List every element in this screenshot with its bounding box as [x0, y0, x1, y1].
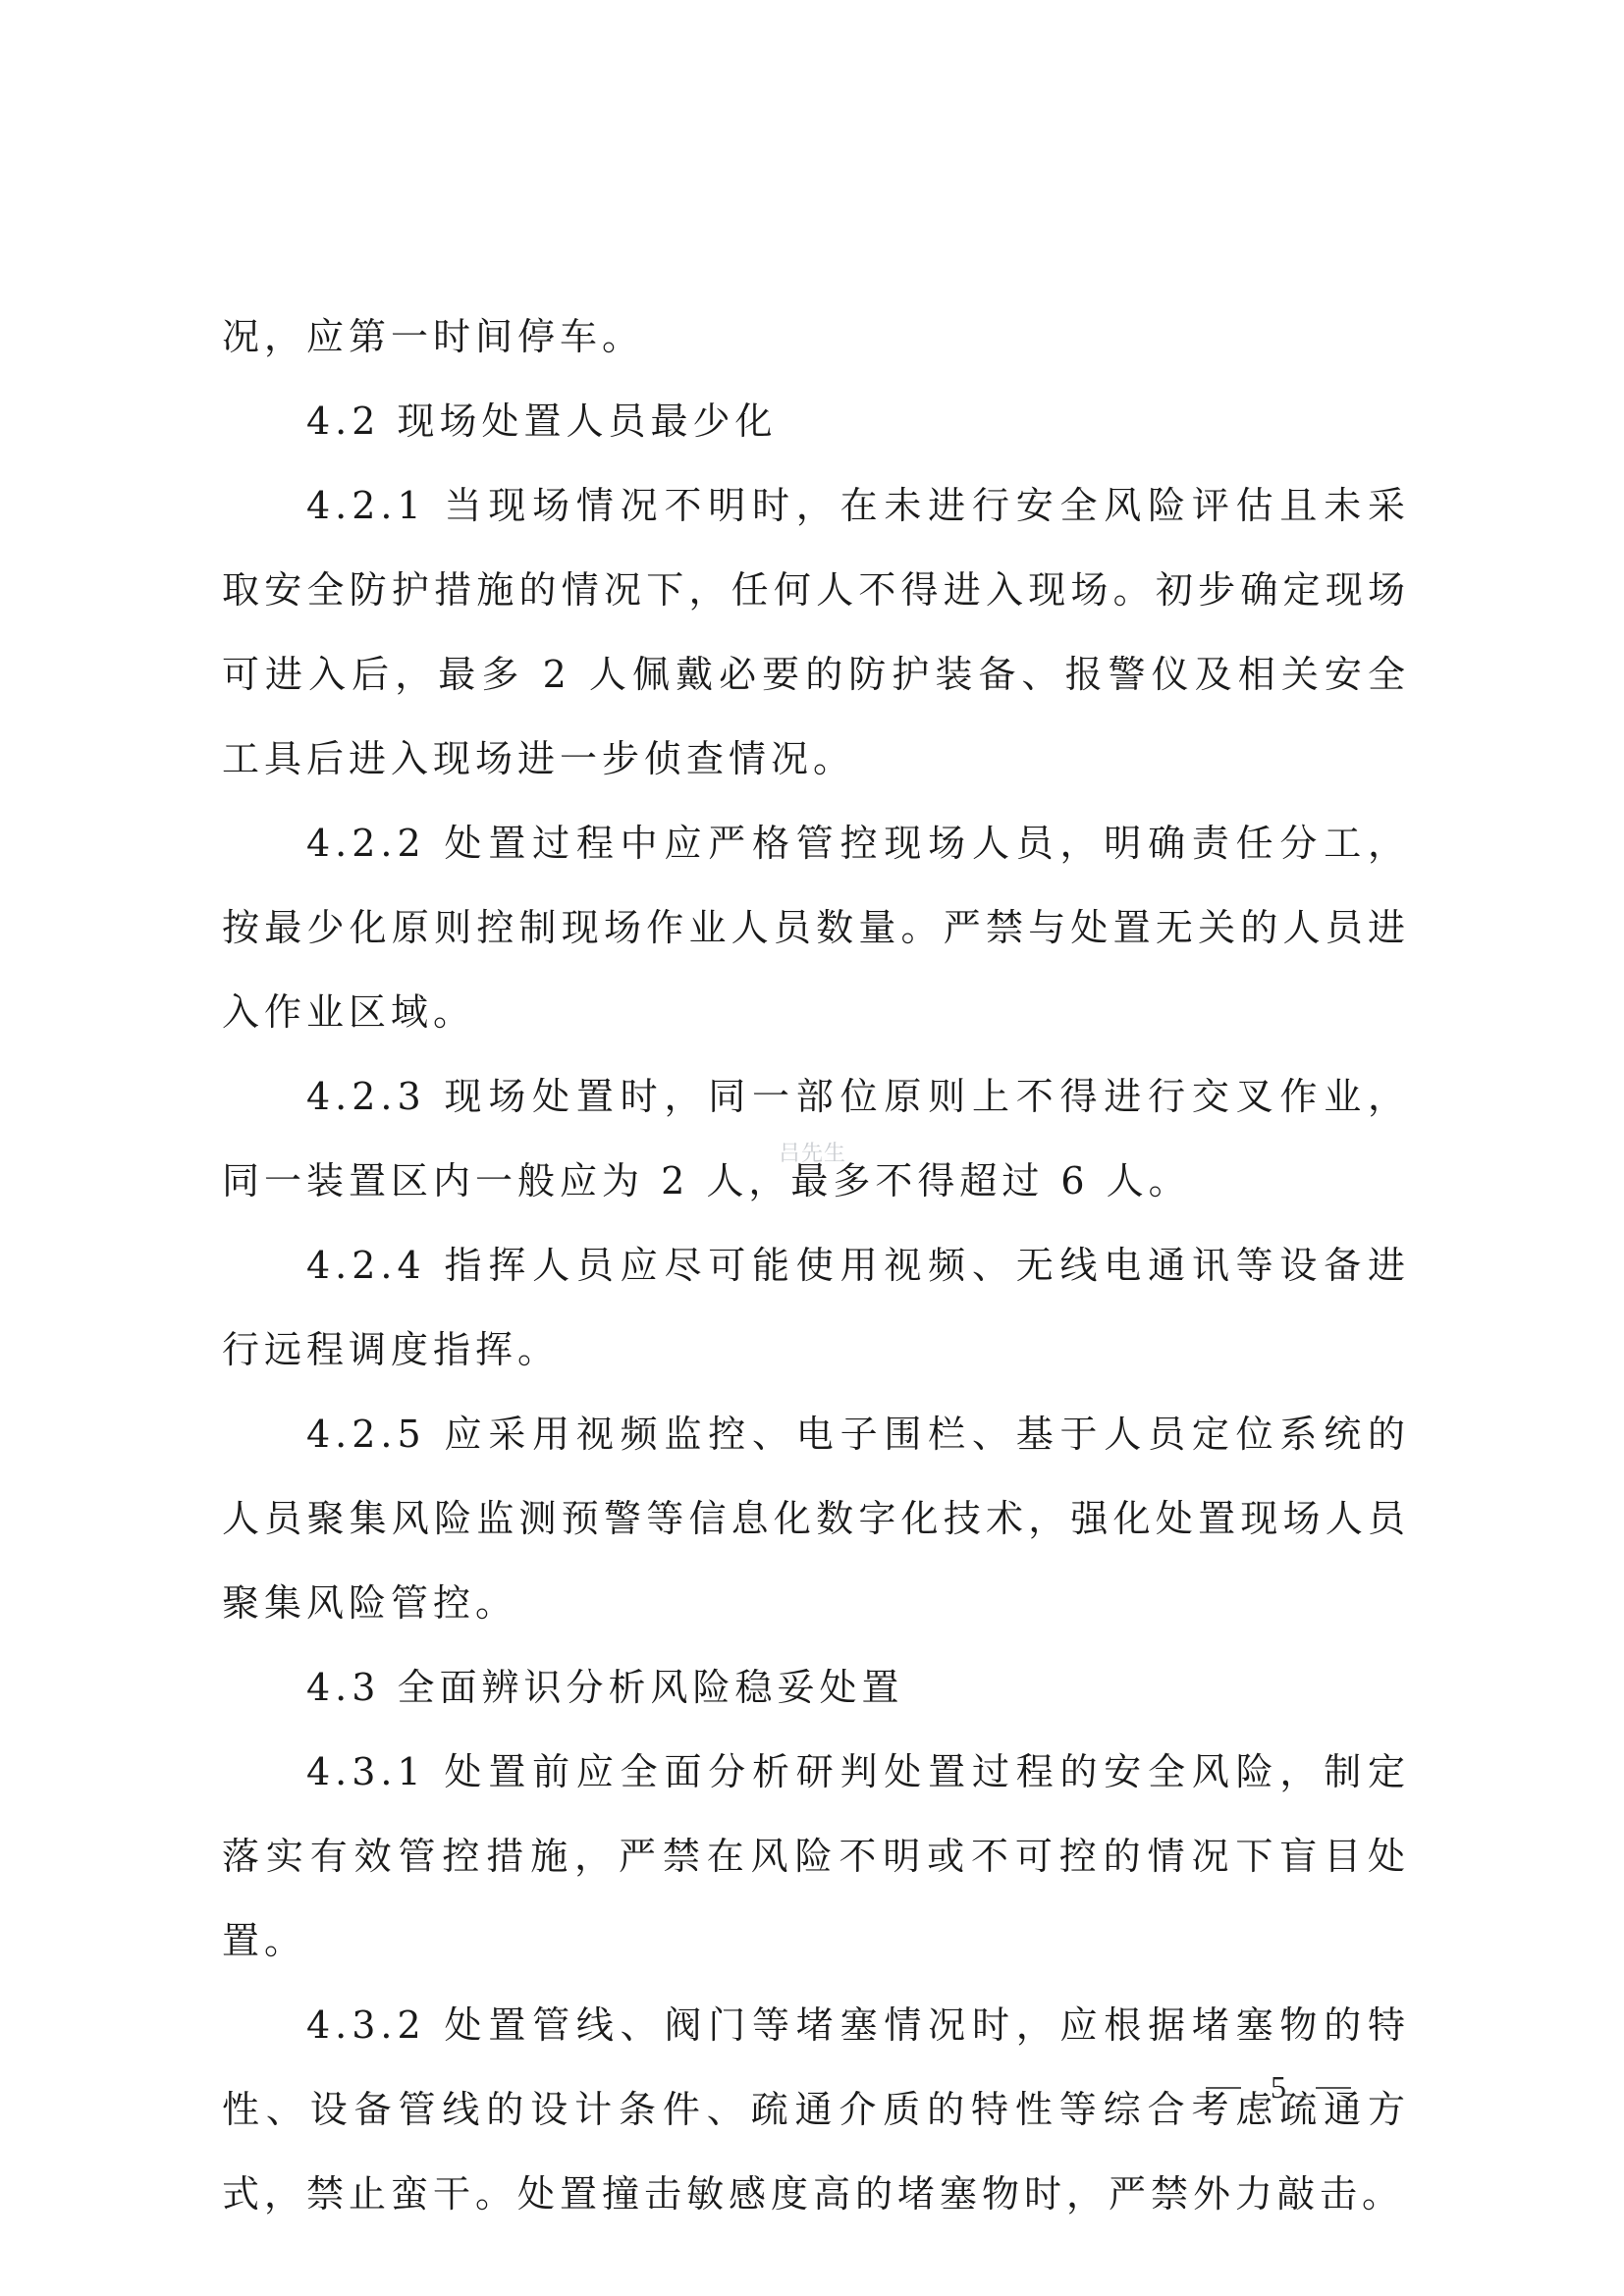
dash-left	[1206, 2087, 1241, 2089]
paragraph-continuation: 况，应第一时间停车。	[222, 294, 1410, 379]
paragraph-4-2-4: 4.2.4 指挥人员应尽可能使用视频、无线电通讯等设备进行远程调度指挥。	[222, 1223, 1410, 1392]
document-body: 况，应第一时间停车。 4.2 现场处置人员最少化 4.2.1 当现场情况不明时，…	[222, 294, 1410, 2236]
page-number: 5	[1271, 2069, 1286, 2106]
document-page: 况，应第一时间停车。 4.2 现场处置人员最少化 4.2.1 当现场情况不明时，…	[0, 0, 1624, 2296]
section-heading-4-2: 4.2 现场处置人员最少化	[222, 379, 1410, 463]
section-heading-4-3: 4.3 全面辨识分析风险稳妥处置	[222, 1645, 1410, 1730]
paragraph-4-2-5: 4.2.5 应采用视频监控、电子围栏、基于人员定位系统的人员聚集风险监测预警等信…	[222, 1392, 1410, 1645]
paragraph-4-3-1: 4.3.1 处置前应全面分析研判处置过程的安全风险，制定落实有效管控措施，严禁在…	[222, 1730, 1410, 1983]
dash-right	[1316, 2087, 1351, 2089]
paragraph-4-3-2: 4.3.2 处置管线、阀门等堵塞情况时，应根据堵塞物的特性、设备管线的设计条件、…	[222, 1983, 1410, 2236]
watermark: 吕先生	[779, 1137, 846, 1167]
page-number-footer: 5	[1206, 2069, 1351, 2106]
paragraph-4-2-1: 4.2.1 当现场情况不明时，在未进行安全风险评估且未采取安全防护措施的情况下，…	[222, 463, 1410, 801]
paragraph-4-2-2: 4.2.2 处置过程中应严格管控现场人员，明确责任分工，按最少化原则控制现场作业…	[222, 801, 1410, 1054]
